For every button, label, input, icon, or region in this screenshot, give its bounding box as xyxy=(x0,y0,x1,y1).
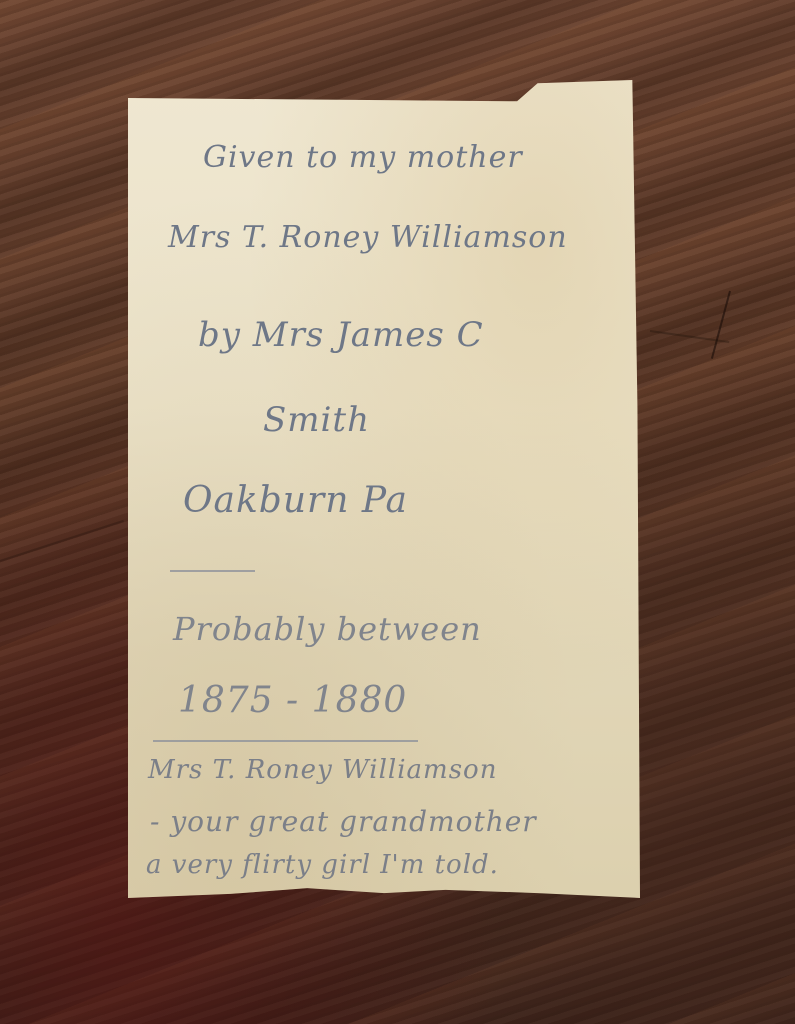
divider-line xyxy=(153,740,418,742)
note-line-4: Smith xyxy=(263,400,370,440)
note-line-1: Given to my mother xyxy=(203,140,523,175)
divider-line xyxy=(170,570,255,572)
note-line-8: Mrs T. Roney Williamson xyxy=(148,755,497,785)
note-line-9: - your great grandmother xyxy=(150,805,537,838)
note-line-10: a very flirty girl I'm told. xyxy=(146,850,499,880)
note-line-7: 1875 - 1880 xyxy=(178,680,407,721)
handwritten-note: Given to my mother Mrs T. Roney Williams… xyxy=(128,80,640,898)
note-line-3: by Mrs James C xyxy=(198,315,484,355)
table-scratch xyxy=(0,520,124,562)
note-line-5: Oakburn Pa xyxy=(183,480,408,521)
table-scratch xyxy=(711,291,731,359)
note-line-6: Probably between xyxy=(173,610,482,648)
note-line-2: Mrs T. Roney Williamson xyxy=(168,220,568,255)
